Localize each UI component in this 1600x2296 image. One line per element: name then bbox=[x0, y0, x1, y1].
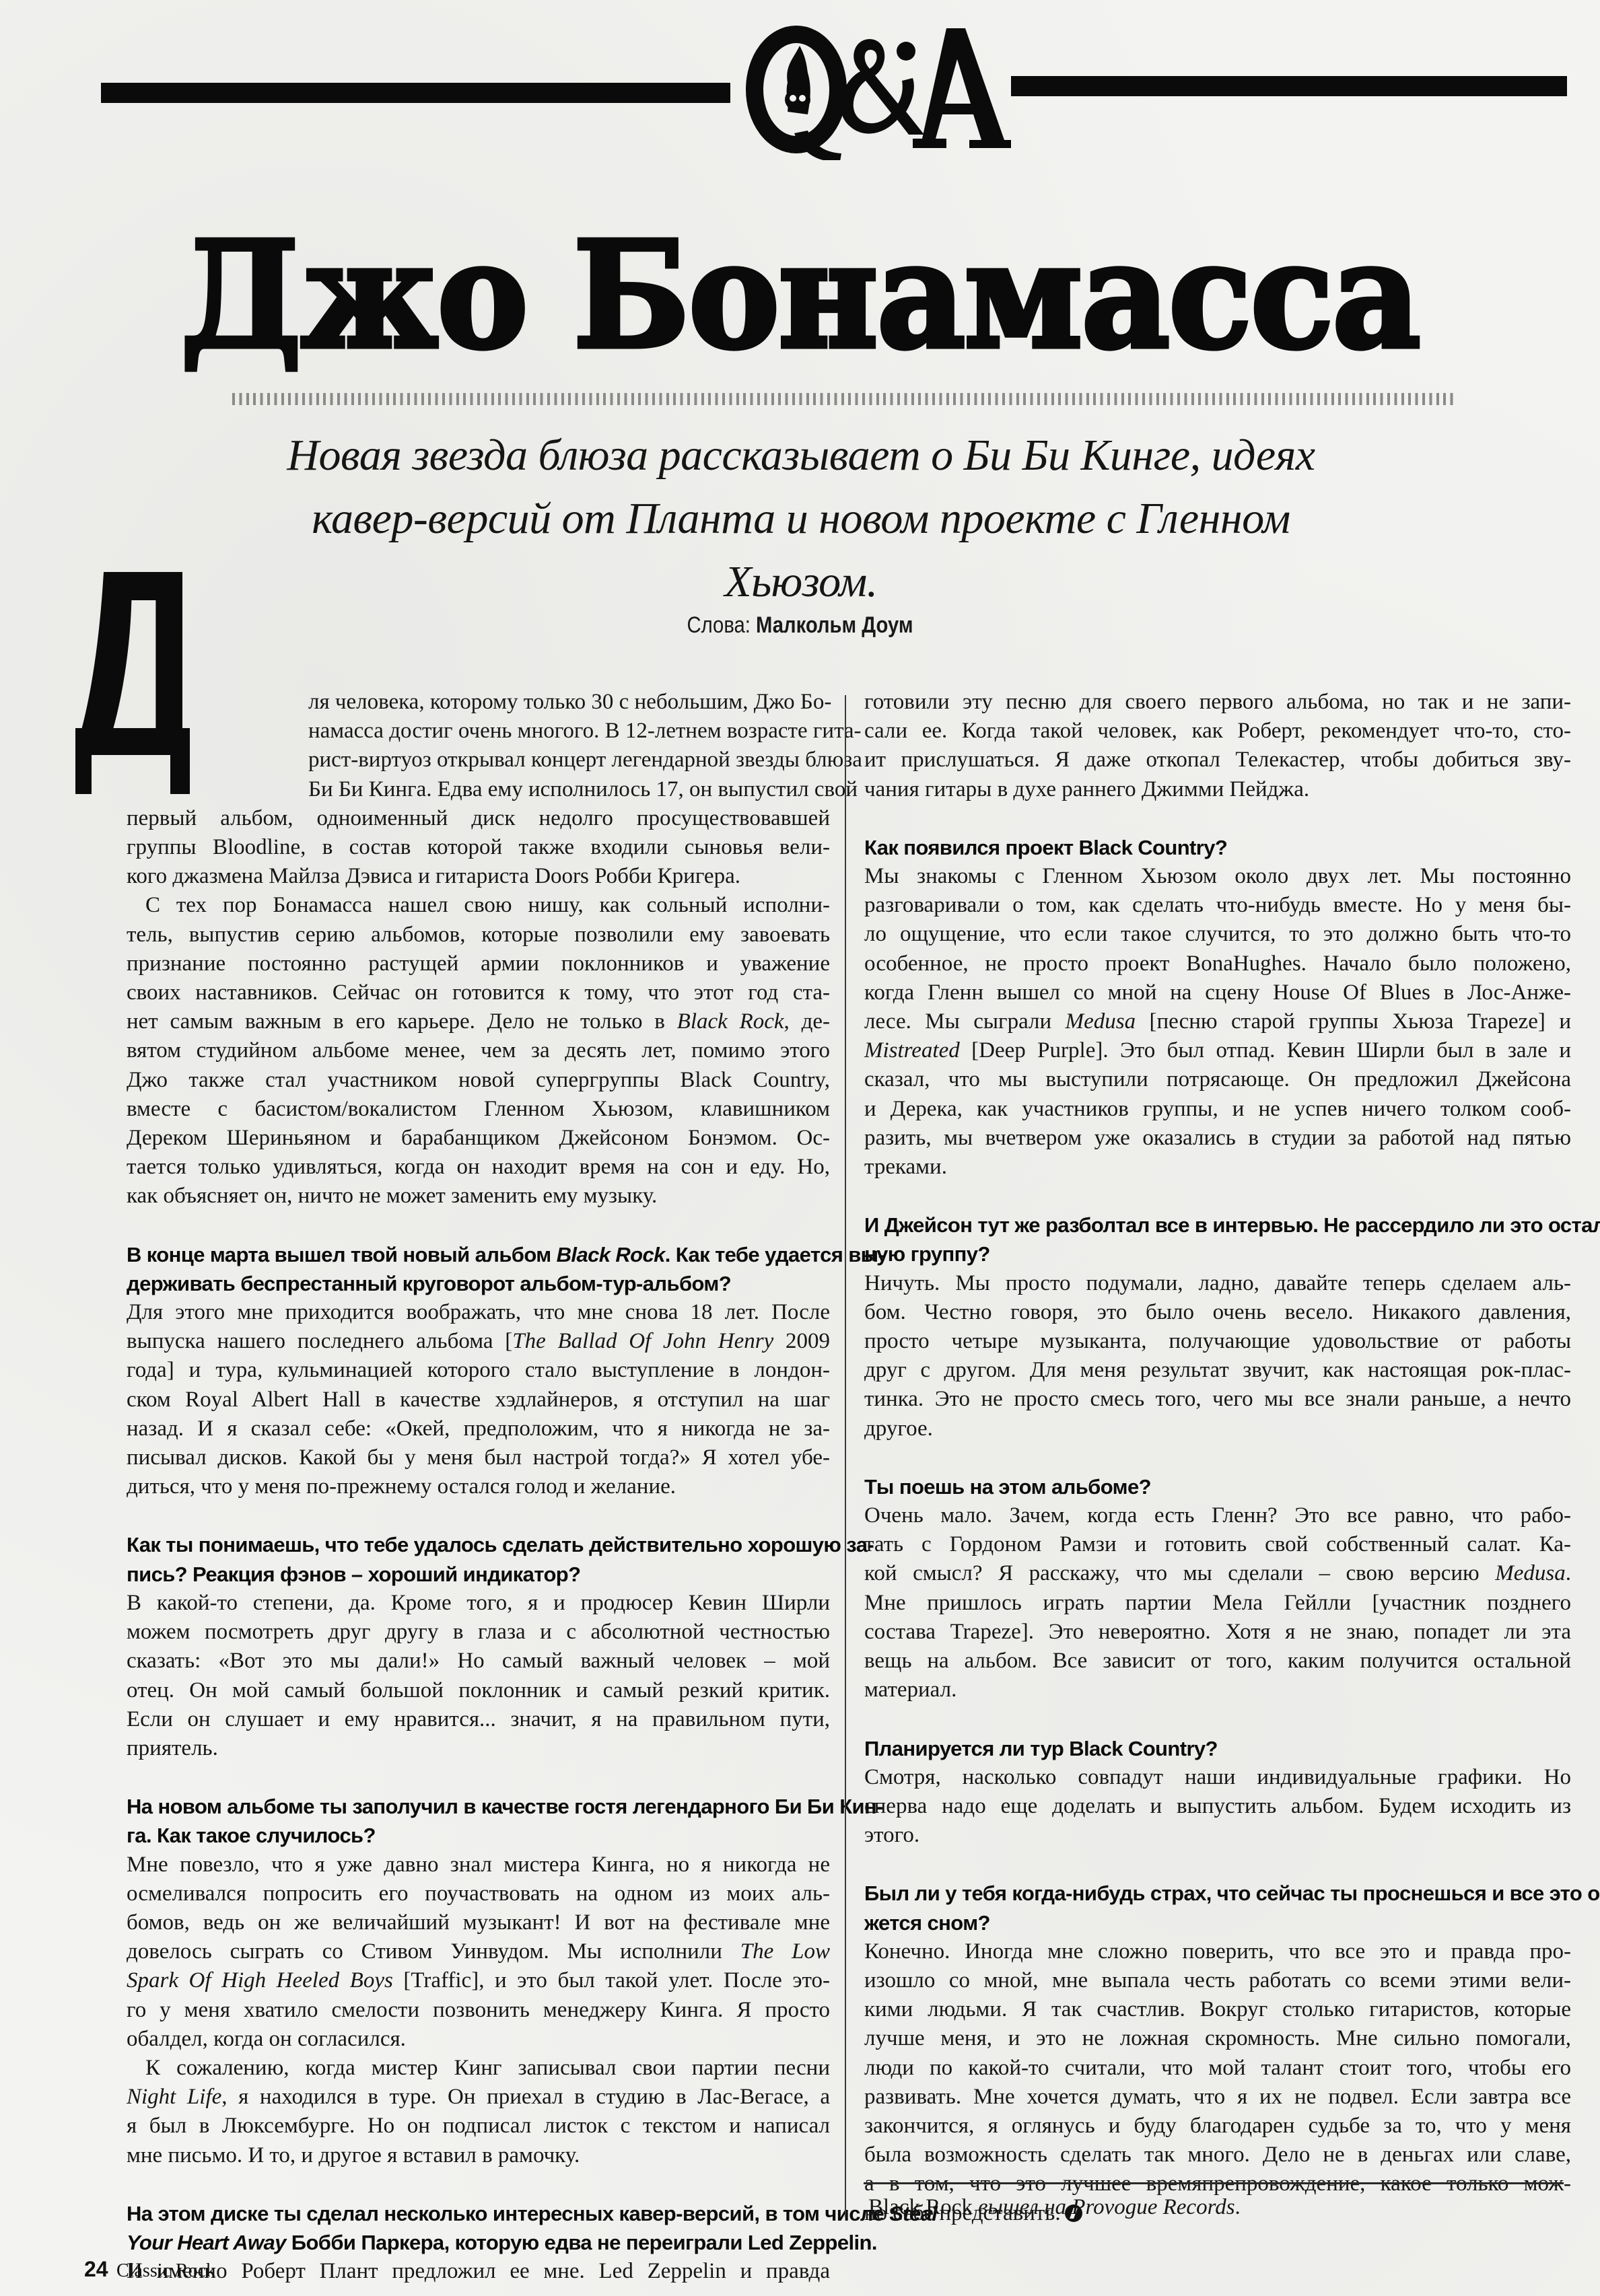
text-line: своих наставников. Сейчас он готовится к… bbox=[127, 978, 830, 1007]
text-line: вместе с басистом/вокалистом Гленном Хью… bbox=[127, 1095, 830, 1124]
text-line: ля человека, которому только 30 с неболь… bbox=[127, 688, 830, 717]
text-line: материал. bbox=[864, 1676, 1571, 1705]
text-line: друг с другом. Для меня результат звучит… bbox=[864, 1356, 1571, 1385]
text-line: разговаривали о том, как сделать что-ниб… bbox=[864, 891, 1571, 920]
text-line: К сожалению, когда мистер Кинг записывал… bbox=[127, 2054, 830, 2083]
text-line: сали ее. Когда такой человек, как Роберт… bbox=[864, 717, 1571, 746]
text-line: На новом альбоме ты заполучил в качестве… bbox=[127, 1792, 830, 1821]
text-line: Для этого мне приходится воображать, что… bbox=[127, 1298, 830, 1327]
text-line: Был ли у тебя когда-нибудь страх, что се… bbox=[864, 1879, 1571, 1908]
text-line: я был в Люксембурге. Но он подписал лист… bbox=[127, 2112, 830, 2141]
text-line: Ничуть. Мы просто подумали, ладно, давай… bbox=[864, 1269, 1571, 1298]
standfirst-line: Новая звезда блюза рассказывает о Би Би … bbox=[188, 424, 1414, 487]
text-line: года] и тура, кульминацией которого стал… bbox=[127, 1356, 830, 1385]
text-line: Spark Of High Heeled Boys [Traffic], и э… bbox=[127, 1966, 830, 1995]
text-line: была возможность сделать так много. Дело… bbox=[864, 2141, 1571, 2169]
spacer bbox=[864, 1850, 1571, 1879]
text-line: Очень мало. Зачем, когда есть Гленн? Это… bbox=[864, 1501, 1571, 1530]
text-line: кими людьми. Я так счастлив. Вокруг стол… bbox=[864, 1995, 1571, 2024]
text-line: намасса достиг очень многого. В 12-летне… bbox=[127, 717, 830, 746]
article-column-left: ля человека, которому только 30 с неболь… bbox=[127, 688, 830, 2286]
text-line: писывал дисков. Какой бы у меня был наст… bbox=[127, 1443, 830, 1472]
text-line: Night Life, я находился в туре. Он приех… bbox=[127, 2083, 830, 2112]
paragraph: Мне повезло, что я уже давно знал мистер… bbox=[127, 1851, 830, 2054]
text-line: диться, что у меня по-прежнему остался г… bbox=[127, 1472, 830, 1501]
paragraph: Ничуть. Мы просто подумали, ладно, давай… bbox=[864, 1269, 1571, 1443]
text-line: Джо также стал участником новой супергру… bbox=[127, 1066, 830, 1095]
text-line: Мы знакомы с Гленном Хьюзом около двух л… bbox=[864, 862, 1571, 891]
text-line: тель, выпустив серию альбомов, которые п… bbox=[127, 921, 830, 949]
footnote-album: Black Rock bbox=[868, 2195, 973, 2219]
text-line: Mistreated [Deep Purple]. Это был отпад.… bbox=[864, 1036, 1571, 1065]
text-line: рист-виртуоз открывал концерт легендарно… bbox=[127, 746, 830, 775]
spacer bbox=[127, 1501, 830, 1530]
text-line: когда Гленн вышел со мной на сцену House… bbox=[864, 978, 1571, 1007]
skull-flame-icon bbox=[732, 19, 1015, 160]
text-line: сказать: «Вот это мы дали!» Но самый важ… bbox=[127, 1647, 830, 1676]
interview-question: В конце марта вышел твой новый альбом Bl… bbox=[127, 1240, 830, 1298]
text-line: И Джейсон тут же разболтал все в интервь… bbox=[864, 1211, 1571, 1240]
text-line: С тех пор Бонамасса нашел свою нишу, как… bbox=[127, 891, 830, 920]
byline-author: Малкольм Доум bbox=[756, 612, 913, 638]
text-line: Как появился проект Black Country? bbox=[864, 833, 1571, 862]
paragraph: Для этого мне приходится воображать, что… bbox=[127, 1298, 830, 1501]
text-line: вещь на альбом. Все зависит от того, как… bbox=[864, 1647, 1571, 1676]
text-line: сказал, что мы выступили потрясающе. Он … bbox=[864, 1065, 1571, 1094]
spacer bbox=[127, 1211, 830, 1240]
text-line: готовили эту песню для своего первого ал… bbox=[864, 688, 1571, 717]
text-line: вятом студийном альбоме менее, чем за де… bbox=[127, 1036, 830, 1065]
header-rule-right bbox=[1011, 76, 1567, 96]
text-line: признание постоянно растущей армии покло… bbox=[127, 949, 830, 978]
text-line: нет самым важным в его карьере. Дело не … bbox=[127, 1007, 830, 1036]
text-line: люди по какой-то считали, что мой талант… bbox=[864, 2054, 1571, 2083]
interview-question: Как появился проект Black Country? bbox=[864, 833, 1571, 862]
text-line: чания гитары в духе раннего Джимми Пейдж… bbox=[864, 775, 1571, 804]
text-line: В какой-то степени, да. Кроме того, я и … bbox=[127, 1589, 830, 1618]
text-line: этого. bbox=[864, 1821, 1571, 1850]
text-line: довелось сыграть со Стивом Уинвудом. Мы … bbox=[127, 1937, 830, 1966]
text-line: другое. bbox=[864, 1414, 1571, 1443]
standfirst: Новая звезда блюза рассказывает о Би Би … bbox=[188, 424, 1414, 614]
text-line: можем посмотреть друг другу в глаза и с … bbox=[127, 1618, 830, 1647]
spacer bbox=[864, 1182, 1571, 1211]
text-line: осмеливался попросить его поучаствовать … bbox=[127, 1879, 830, 1908]
spacer bbox=[127, 2170, 830, 2199]
text-line: и Дерека, как участников группы, и не ус… bbox=[864, 1095, 1571, 1124]
text-line: мне письмо. И то, и другое я вставил в р… bbox=[127, 2141, 830, 2170]
paragraph: В какой-то степени, да. Кроме того, я и … bbox=[127, 1589, 830, 1763]
text-line: бомов, ведь он же величайший музыкант! И… bbox=[127, 1908, 830, 1937]
text-line: изошло со мной, мне выпала честь работат… bbox=[864, 1966, 1571, 1995]
text-line: состава Trapeze]. Это невероятно. Хотя я… bbox=[864, 1618, 1571, 1647]
text-line: просто четыре музыканта, получающие удов… bbox=[864, 1327, 1571, 1356]
interview-question: Планируется ли тур Black Country? bbox=[864, 1734, 1571, 1763]
text-line: жется сном? bbox=[864, 1908, 1571, 1937]
text-line: Конечно. Иногда мне сложно поверить, что… bbox=[864, 1937, 1571, 1966]
text-line: тать с Гордоном Рамзи и готовить свой со… bbox=[864, 1530, 1571, 1559]
paragraph: С тех пор Бонамасса нашел свою нишу, как… bbox=[127, 891, 830, 1211]
text-line: В конце марта вышел твой новый альбом Bl… bbox=[127, 1240, 830, 1269]
album-footnote: Black Rock вышел на Provogue Records. bbox=[868, 2195, 1241, 2220]
decorative-tick-rule bbox=[232, 393, 1457, 405]
text-line: кого джазмена Майлза Дэвиса и гитариста … bbox=[127, 862, 830, 891]
text-line: Your Heart Away Бобби Паркера, которую е… bbox=[127, 2228, 830, 2257]
spacer bbox=[127, 1763, 830, 1792]
paragraph: Смотря, насколько совпадут наши индивиду… bbox=[864, 1763, 1571, 1851]
spacer bbox=[864, 804, 1571, 833]
column-divider bbox=[845, 695, 846, 2217]
spacer bbox=[864, 1443, 1571, 1472]
text-line: назад. И я сказал себе: «Окей, предполож… bbox=[127, 1414, 830, 1443]
text-line: держивать беспрестанный круговорот альбо… bbox=[127, 1269, 830, 1298]
text-line: ную группу? bbox=[864, 1240, 1571, 1268]
text-line: Смотря, насколько совпадут наши индивиду… bbox=[864, 1763, 1571, 1792]
text-line: Если он слушает и ему нравится... значит… bbox=[127, 1705, 830, 1734]
text-line: отец. Он мой самый большой поклонник и с… bbox=[127, 1676, 830, 1705]
text-line: Как ты понимаешь, что тебе удалось сдела… bbox=[127, 1530, 830, 1559]
byline: Слова: Малкольм Доум bbox=[112, 612, 1488, 639]
interview-question: Был ли у тебя когда-нибудь страх, что се… bbox=[864, 1879, 1571, 1937]
text-line: как объясняет он, ничто не может заменит… bbox=[127, 1182, 830, 1211]
text-line: развивать. Мне хочется думать, что я их … bbox=[864, 2083, 1571, 2112]
text-line: га. Как такое случилось? bbox=[127, 1821, 830, 1850]
text-line: лучше меня, и это не ложная скромность. … bbox=[864, 2024, 1571, 2053]
spacer bbox=[864, 1705, 1571, 1734]
page-folio: 24 Classic Rock bbox=[84, 2257, 215, 2282]
magazine-name: Classic Rock bbox=[116, 2260, 215, 2281]
text-line: приятель. bbox=[127, 1734, 830, 1763]
text-line: бом. Честно говоря, это было очень весел… bbox=[864, 1298, 1571, 1327]
text-line: кой смысл? Я расскажу, что мы сделали – … bbox=[864, 1559, 1571, 1588]
text-line: И именно Роберт Плант предложил ее мне. … bbox=[127, 2257, 830, 2286]
text-line: Мне пришлось играть партии Мела Гейлли [… bbox=[864, 1589, 1571, 1618]
text-line: особенное, не просто проект BonaHughes. … bbox=[864, 949, 1571, 978]
paragraph: И именно Роберт Плант предложил ее мне. … bbox=[127, 2257, 830, 2286]
text-line: Планируется ли тур Black Country? bbox=[864, 1734, 1571, 1763]
footnote-text: вышел на Provogue Records bbox=[978, 2195, 1234, 2219]
article-title: Джо Бонамасса bbox=[56, 222, 1544, 369]
article-column-right: готовили эту песню для своего первого ал… bbox=[864, 688, 1571, 2228]
text-line: ит прислушаться. Я даже откопал Телекаст… bbox=[864, 746, 1571, 775]
interview-question: Как ты понимаешь, что тебе удалось сдела… bbox=[127, 1530, 830, 1588]
text-line: сперва надо еще доделать и выпустить аль… bbox=[864, 1792, 1571, 1821]
interview-question: И Джейсон тут же разболтал все в интервь… bbox=[864, 1211, 1571, 1268]
paragraph: Очень мало. Зачем, когда есть Гленн? Это… bbox=[864, 1501, 1571, 1705]
text-line: выпуска нашего последнего альбома [The B… bbox=[127, 1327, 830, 1356]
interview-question: Ты поешь на этом альбоме? bbox=[864, 1472, 1571, 1501]
text-line: Ты поешь на этом альбоме? bbox=[864, 1472, 1571, 1501]
text-line: На этом диске ты сделал несколько интере… bbox=[127, 2199, 830, 2228]
paragraph: Мы знакомы с Гленном Хьюзом около двух л… bbox=[864, 862, 1571, 1182]
text-line: Мне повезло, что я уже давно знал мистер… bbox=[127, 1851, 830, 1879]
text-line: ском Royal Albert Hall в качестве хэдлай… bbox=[127, 1386, 830, 1414]
interview-question: На новом альбоме ты заполучил в качестве… bbox=[127, 1792, 830, 1850]
text-line: Дереком Шериньяном и барабанщиком Джейсо… bbox=[127, 1124, 830, 1153]
text-line: группы Bloodline, в состав которой также… bbox=[127, 833, 830, 862]
text-line: треками. bbox=[864, 1153, 1571, 1182]
qa-section-logo bbox=[732, 19, 1015, 160]
header-rule-left bbox=[101, 83, 730, 103]
text-line: Би Би Кинга. Едва ему исполнилось 17, он… bbox=[127, 775, 830, 804]
end-rule bbox=[864, 2182, 1564, 2184]
text-line: лесе. Мы сыграли Medusa [песню старой гр… bbox=[864, 1007, 1571, 1036]
page-number: 24 bbox=[84, 2257, 108, 2281]
interview-question: На этом диске ты сделал несколько интере… bbox=[127, 2199, 830, 2257]
standfirst-line: кавер-версий от Планта и новом проекте с… bbox=[188, 487, 1414, 550]
paragraph: готовили эту песню для своего первого ал… bbox=[864, 688, 1571, 804]
text-line: тинка. Это не просто смесь того, чего мы… bbox=[864, 1385, 1571, 1414]
byline-label: Слова: bbox=[687, 612, 751, 638]
standfirst-line: Хьюзом. bbox=[188, 550, 1414, 614]
text-line: го у меня хватило смелости позвонить мен… bbox=[127, 1996, 830, 2025]
text-line: пись? Реакция фэнов – хороший индикатор? bbox=[127, 1560, 830, 1589]
text-line: разить, мы вчетвером уже оказались в сту… bbox=[864, 1124, 1571, 1153]
text-line: ло ощущение, что если такое случится, то… bbox=[864, 920, 1571, 949]
paragraph: К сожалению, когда мистер Кинг записывал… bbox=[127, 2054, 830, 2170]
text-line: обалдел, когда он согласился. bbox=[127, 2025, 830, 2054]
text-line: закончится, я оглянусь и буду благодарен… bbox=[864, 2112, 1571, 2141]
text-line: тается только удивляться, когда он наход… bbox=[127, 1153, 830, 1182]
text-line: первый альбом, одноименный диск недолго … bbox=[127, 804, 830, 833]
intro-paragraph: ля человека, которому только 30 с неболь… bbox=[127, 688, 830, 891]
